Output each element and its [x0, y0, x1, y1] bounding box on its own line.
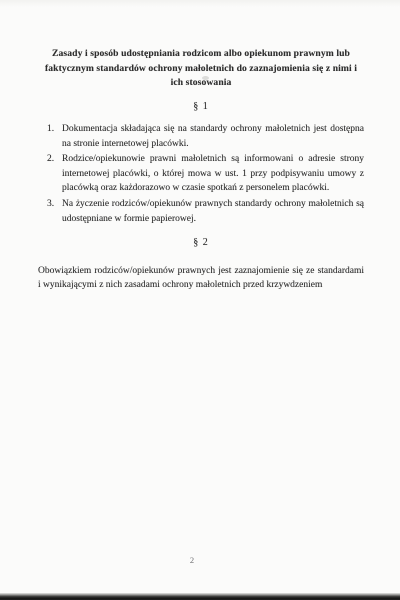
section-2-heading: § 2 [38, 236, 364, 251]
section-1-list: Dokumentacja składająca się na standardy… [47, 122, 364, 226]
list-item-1: Dokumentacja składająca się na standardy… [47, 122, 364, 151]
scan-smudge-artifact [202, 76, 209, 80]
list-item-3: Na życzenie rodziców/opiekunów prawnych … [47, 197, 364, 226]
scan-top-shadow [0, 0, 400, 7]
section-2-paragraph: Obowiązkiem rodziców/opiekunów prawnych … [38, 264, 364, 293]
document-title: Zasady i sposób udostępniania rodzicom a… [38, 47, 364, 91]
section-1-heading: § 1 [38, 100, 364, 115]
document-page: Zasady i sposób udostępniania rodzicom a… [0, 0, 400, 600]
list-item-2: Rodzice/opiekunowie prawni małoletnich s… [47, 152, 364, 196]
page-number: 2 [0, 555, 384, 565]
scan-edge-shadow [0, 593, 400, 600]
